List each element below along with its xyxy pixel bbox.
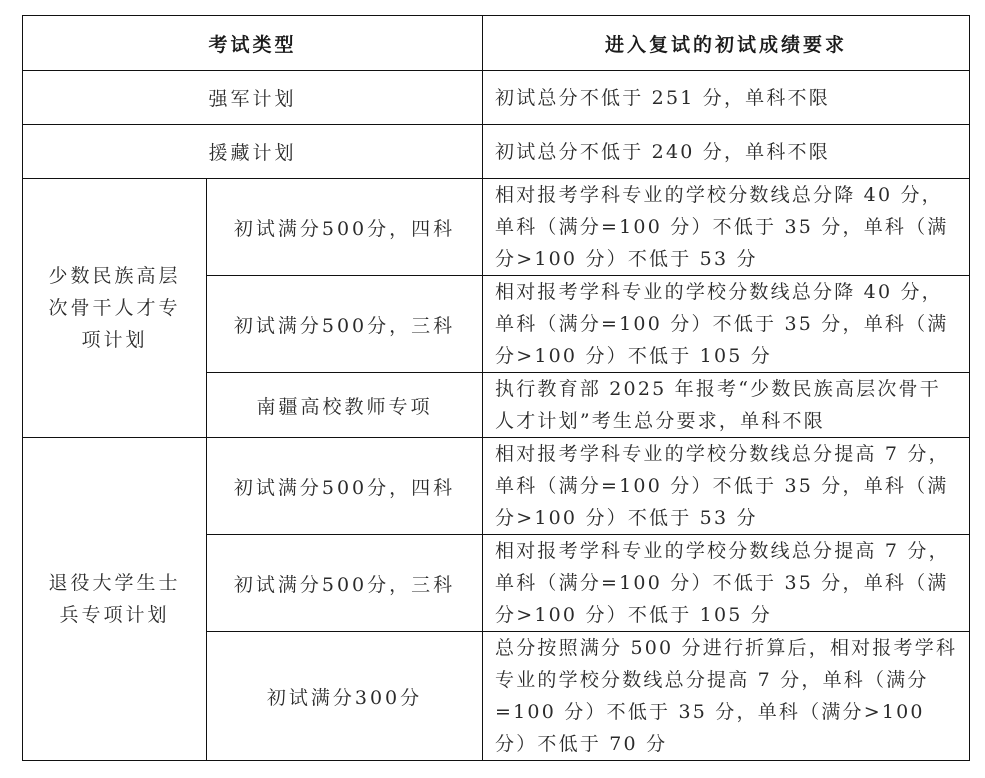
group-name-cell: 退役大学生士 兵专项计划 <box>23 438 207 761</box>
requirement-cell: 总分按照满分 500 分进行折算后，相对报考学科专业的学校分数线总分提高 7 分… <box>483 632 970 761</box>
table-row: 少数民族高层 次骨干人才专 项计划 初试满分500分，四科 相对报考学科专业的学… <box>23 179 970 276</box>
group-name-line: 项计划 <box>29 324 200 356</box>
group-name-line: 次骨干人才专 <box>29 292 200 324</box>
requirement-cell: 相对报考学科专业的学校分数线总分提高 7 分，单科（满分=100 分）不低于 3… <box>483 535 970 632</box>
sub-type-cell: 初试满分500分，三科 <box>207 276 483 373</box>
table-row: 退役大学生士 兵专项计划 初试满分500分，四科 相对报考学科专业的学校分数线总… <box>23 438 970 535</box>
requirement-cell: 相对报考学科专业的学校分数线总分降 40 分，单科（满分=100 分）不低于 3… <box>483 276 970 373</box>
table-row: 援藏计划 初试总分不低于 240 分，单科不限 <box>23 125 970 179</box>
requirement-cell: 初试总分不低于 240 分，单科不限 <box>483 125 970 179</box>
sub-type-cell: 南疆高校教师专项 <box>207 373 483 438</box>
requirement-cell: 相对报考学科专业的学校分数线总分提高 7 分，单科（满分=100 分）不低于 3… <box>483 438 970 535</box>
header-requirement: 进入复试的初试成绩要求 <box>483 16 970 71</box>
score-requirements-table: 考试类型 进入复试的初试成绩要求 强军计划 初试总分不低于 251 分，单科不限… <box>22 15 970 761</box>
sub-type-cell: 初试满分300分 <box>207 632 483 761</box>
group-name-line: 退役大学生士 <box>29 567 200 599</box>
sub-type-cell: 初试满分500分，三科 <box>207 535 483 632</box>
requirement-cell: 相对报考学科专业的学校分数线总分降 40 分，单科（满分=100 分）不低于 3… <box>483 179 970 276</box>
group-name-line: 少数民族高层 <box>29 260 200 292</box>
requirement-cell: 初试总分不低于 251 分，单科不限 <box>483 71 970 125</box>
table-row: 强军计划 初试总分不低于 251 分，单科不限 <box>23 71 970 125</box>
group-name-cell: 少数民族高层 次骨干人才专 项计划 <box>23 179 207 438</box>
header-exam-type: 考试类型 <box>23 16 483 71</box>
group-name-line: 兵专项计划 <box>29 599 200 631</box>
exam-type-cell: 援藏计划 <box>23 125 483 179</box>
sub-type-cell: 初试满分500分，四科 <box>207 179 483 276</box>
exam-type-cell: 强军计划 <box>23 71 483 125</box>
sub-type-cell: 初试满分500分，四科 <box>207 438 483 535</box>
header-row: 考试类型 进入复试的初试成绩要求 <box>23 16 970 71</box>
requirement-cell: 执行教育部 2025 年报考“少数民族高层次骨干人才计划”考生总分要求，单科不限 <box>483 373 970 438</box>
